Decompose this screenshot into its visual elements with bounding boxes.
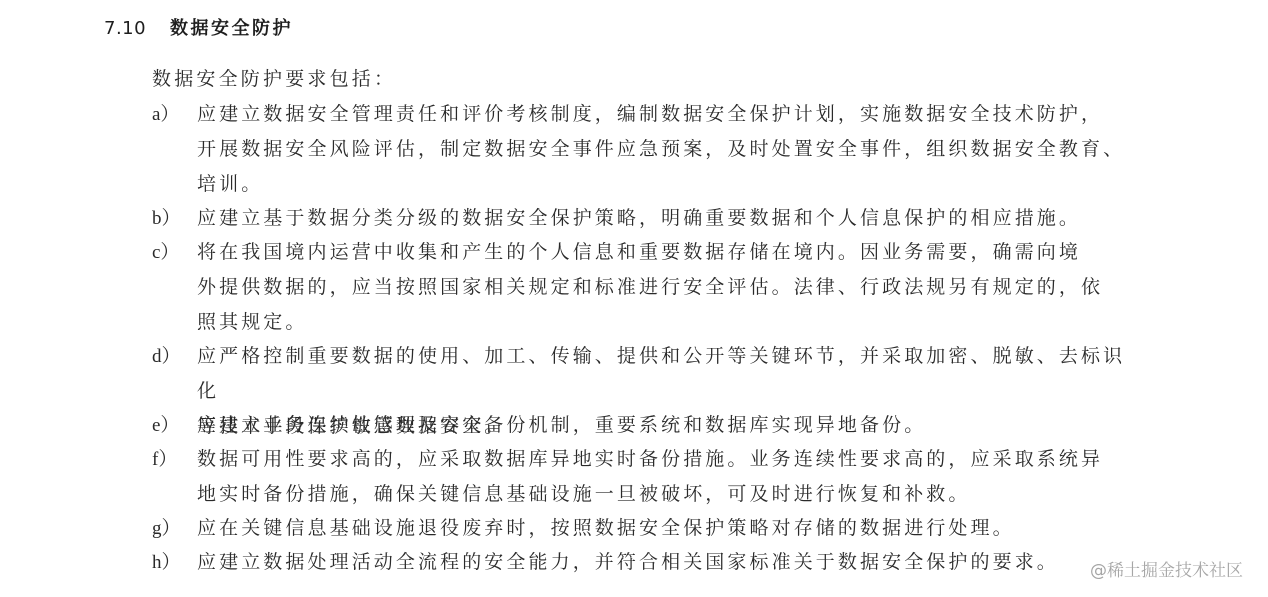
item-text: 应建立数据处理活动全流程的安全能力，并符合相关国家标准关于数据安全保护的要求。 — [197, 545, 1137, 580]
text-line: 应建立业务连续性管理及容灾备份机制，重要系统和数据库实现异地备份。 — [197, 408, 1137, 443]
item-label: a） — [152, 97, 179, 132]
text-line: 应建立数据处理活动全流程的安全能力，并符合相关国家标准关于数据安全保护的要求。 — [197, 545, 1137, 580]
item-text: 将在我国境内运营中收集和产生的个人信息和重要数据存储在境内。因业务需要，确需向境… — [197, 235, 1137, 340]
item-label: b） — [152, 201, 181, 236]
item-label: h） — [152, 545, 181, 580]
item-text: 数据可用性要求高的，应采取数据库异地实时备份措施。业务连续性要求高的，应采取系统… — [197, 442, 1137, 512]
text-line: 培训。 — [197, 167, 1137, 202]
section-number: 7.10 — [104, 18, 170, 39]
text-line: 应严格控制重要数据的使用、加工、传输、提供和公开等关键环节，并采取加密、脱敏、去… — [197, 339, 1137, 409]
text-line: 应建立基于数据分类分级的数据安全保护策略，明确重要数据和个人信息保护的相应措施。 — [197, 201, 1137, 236]
text-line: 照其规定。 — [197, 305, 1137, 340]
item-text: 应在关键信息基础设施退役废弃时，按照数据安全保护策略对存储的数据进行处理。 — [197, 511, 1137, 546]
text-line: 将在我国境内运营中收集和产生的个人信息和重要数据存储在境内。因业务需要，确需向境 — [197, 235, 1137, 270]
text-line: 开展数据安全风险评估，制定数据安全事件应急预案，及时处置安全事件，组织数据安全教… — [197, 132, 1137, 167]
text-line: 数据可用性要求高的，应采取数据库异地实时备份措施。业务连续性要求高的，应采取系统… — [197, 442, 1137, 477]
item-label: g） — [152, 511, 181, 546]
item-text: 应建立业务连续性管理及容灾备份机制，重要系统和数据库实现异地备份。 — [197, 408, 1137, 443]
item-label: f） — [152, 442, 177, 477]
item-label: d） — [152, 339, 181, 374]
item-label: e） — [152, 408, 179, 443]
section-heading: 7.10数据安全防护 — [104, 14, 293, 40]
item-label: c） — [152, 235, 179, 270]
intro-text: 数据安全防护要求包括： — [152, 64, 396, 91]
watermark: @稀土掘金技术社区 — [1090, 556, 1243, 581]
item-text: 应建立基于数据分类分级的数据安全保护策略，明确重要数据和个人信息保护的相应措施。 — [197, 201, 1137, 236]
text-line: 应建立数据安全管理责任和评价考核制度，编制数据安全保护计划，实施数据安全技术防护… — [197, 97, 1137, 132]
section-title: 数据安全防护 — [170, 18, 293, 39]
text-line: 应在关键信息基础设施退役废弃时，按照数据安全保护策略对存储的数据进行处理。 — [197, 511, 1137, 546]
text-line: 外提供数据的，应当按照国家相关规定和标准进行安全评估。法律、行政法规另有规定的，… — [197, 270, 1137, 305]
text-line: 地实时备份措施，确保关键信息基础设施一旦被破坏，可及时进行恢复和补救。 — [197, 477, 1137, 512]
item-text: 应建立数据安全管理责任和评价考核制度，编制数据安全保护计划，实施数据安全技术防护… — [197, 97, 1137, 202]
